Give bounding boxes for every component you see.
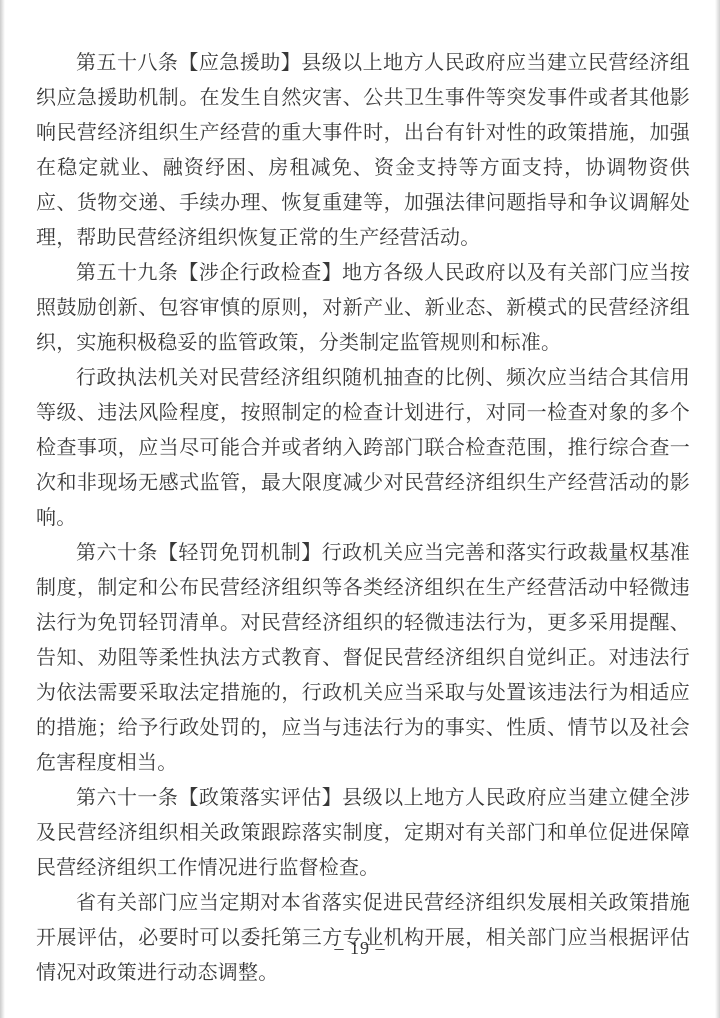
para-article-59-random-checks: 行政执法机关对民营经济组织随机抽查的比例、频次应当结合其信用等级、违法风险程度，… xyxy=(36,361,690,536)
para-article-60-light-penalty: 第六十条【轻罚免罚机制】行政机关应当完善和落实行政裁量权基准制度，制定和公布民营… xyxy=(36,536,690,781)
page-left-edge xyxy=(0,0,5,1018)
para-article-59-admin-inspection: 第五十九条【涉企行政检查】地方各级人民政府以及有关部门应当按照鼓励创新、包容审慎… xyxy=(36,256,690,361)
para-article-58-emergency-aid: 第五十八条【应急援助】县级以上地方人民政府应当建立民营经济组织应急援助机制。在发… xyxy=(36,46,690,256)
document-body: 第五十八条【应急援助】县级以上地方人民政府应当建立民营经济组织应急援助机制。在发… xyxy=(36,46,690,991)
document-page: 第五十八条【应急援助】县级以上地方人民政府应当建立民营经济组织应急援助机制。在发… xyxy=(0,0,720,1018)
page-right-edge xyxy=(715,0,720,1018)
para-article-61-policy-evaluation: 第六十一条【政策落实评估】县级以上地方人民政府应当建立健全涉及民营经济组织相关政… xyxy=(36,781,690,886)
page-number: – 19 – xyxy=(0,938,720,959)
